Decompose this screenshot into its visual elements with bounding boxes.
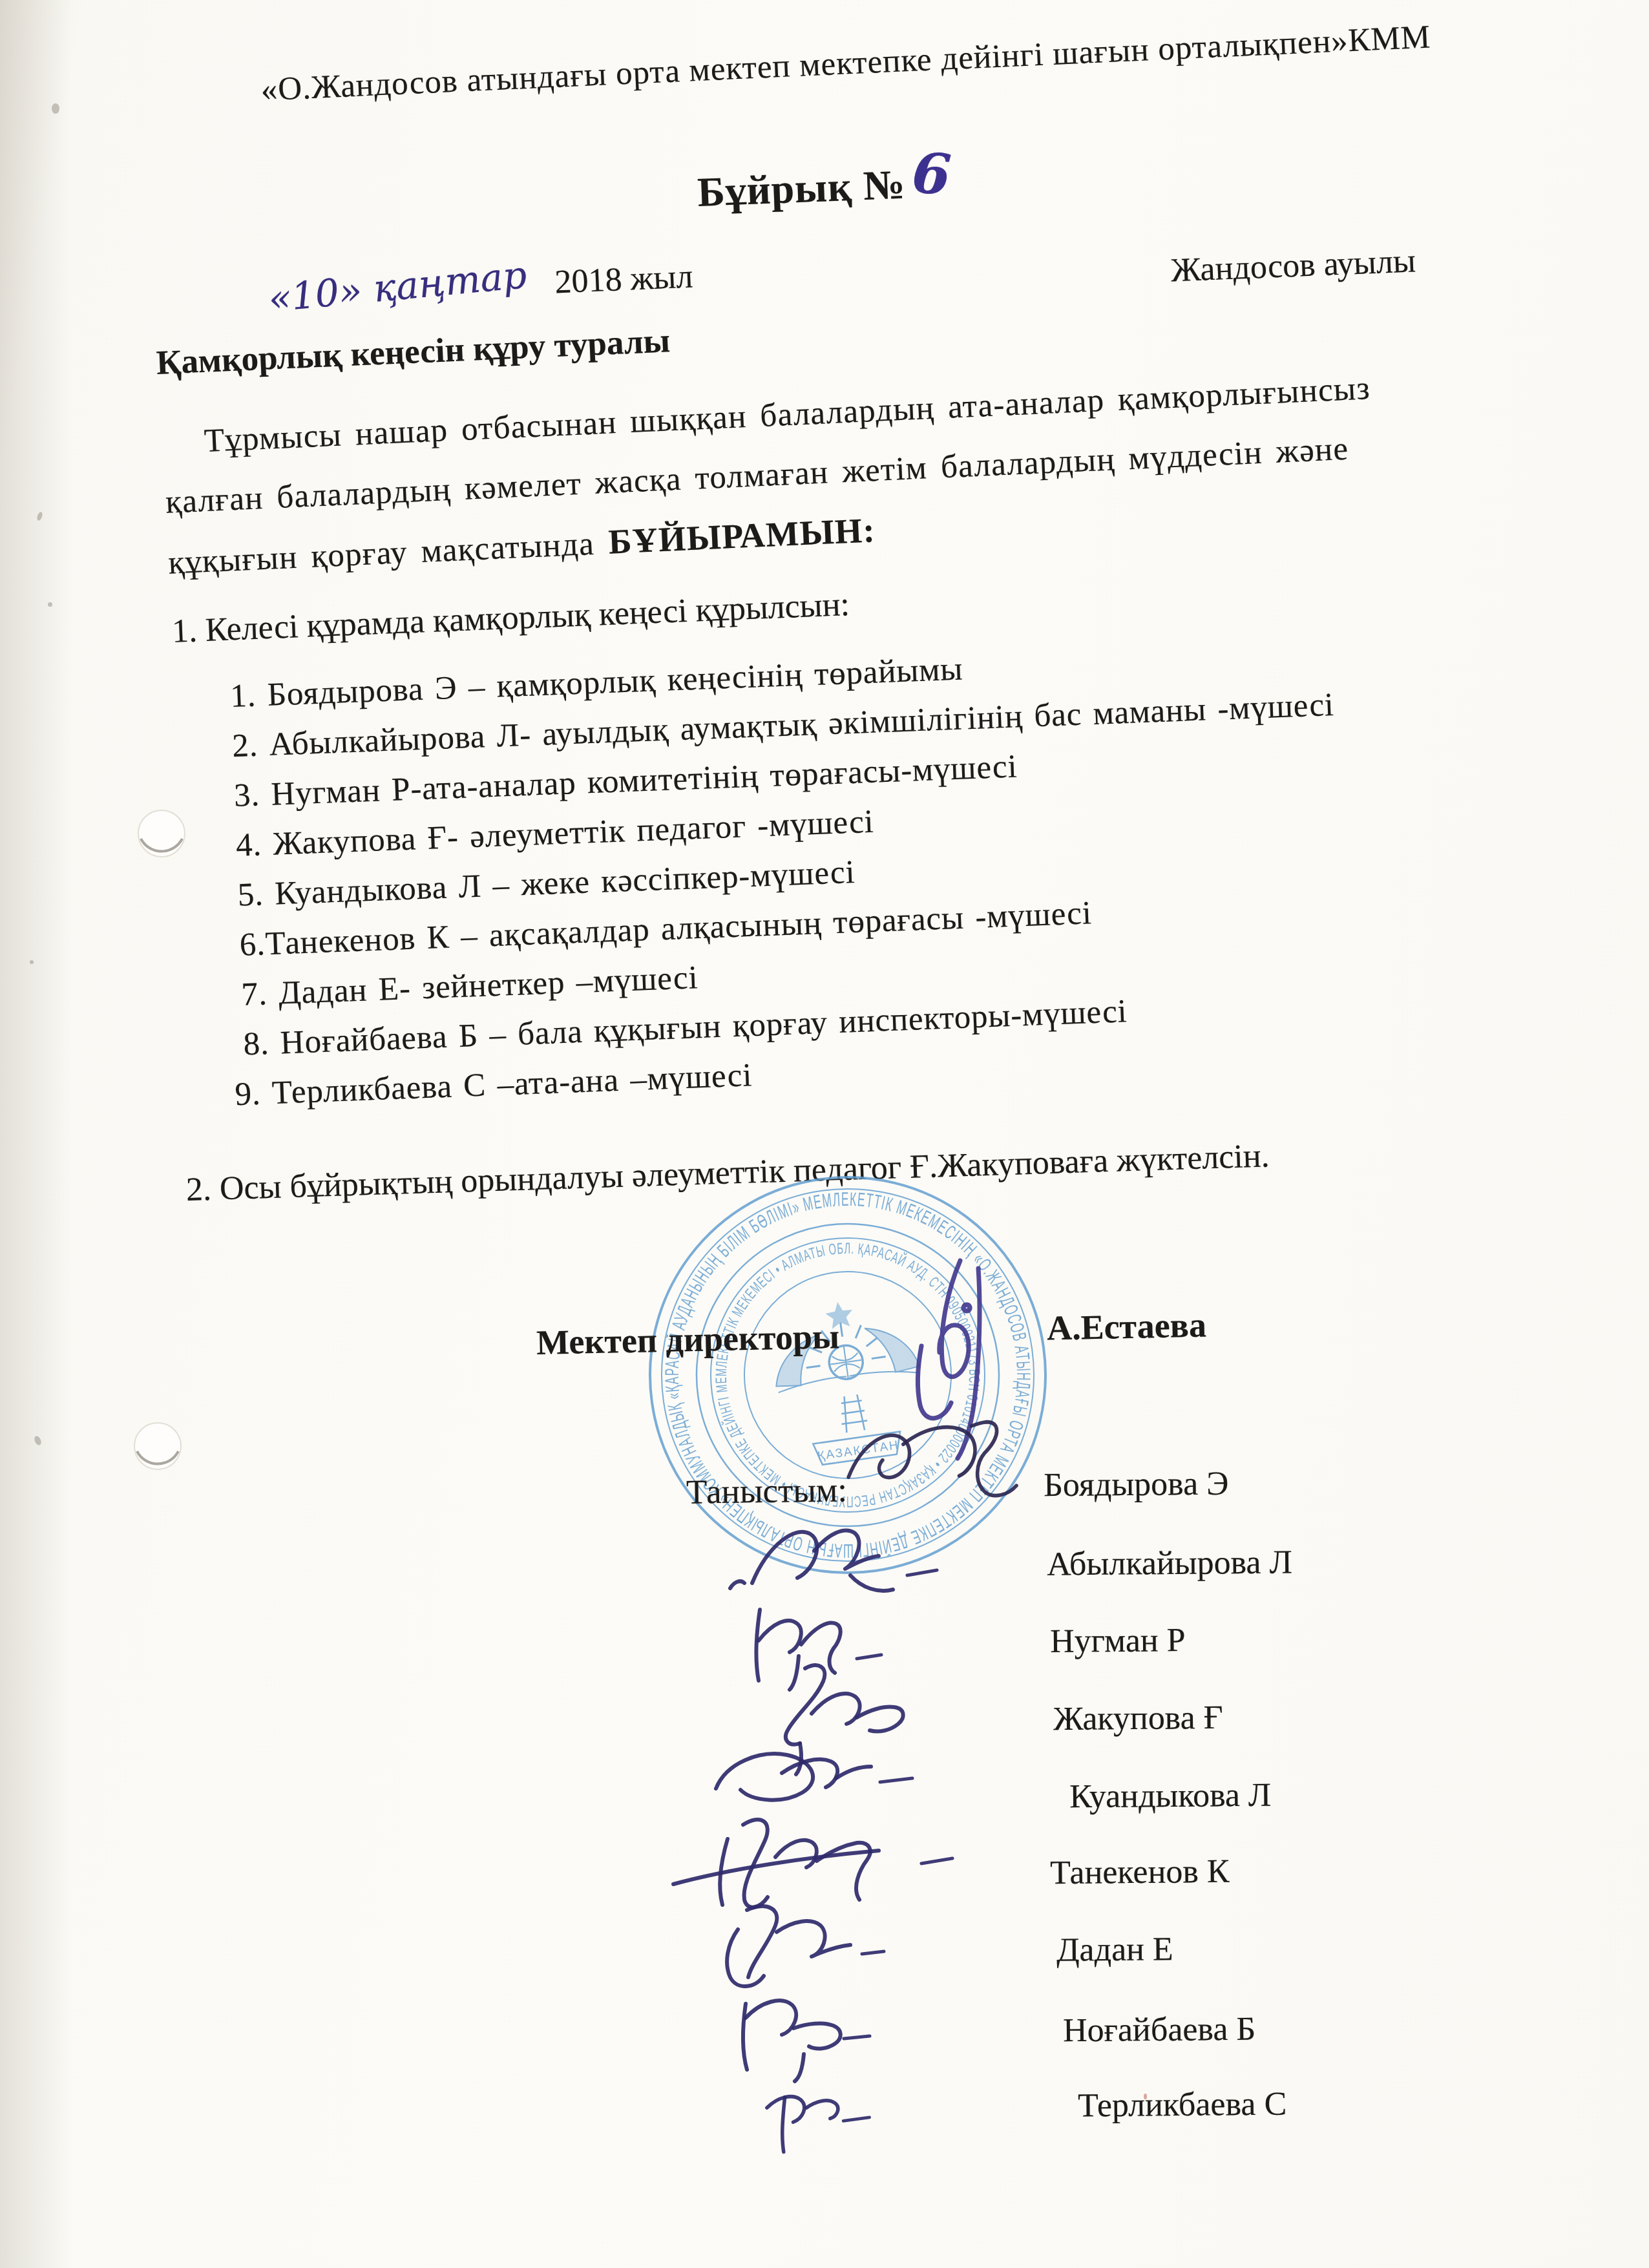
preamble-paragraph: Тұрмысы нашар отбасынан шыққан балаларды…: [162, 359, 1377, 593]
document-title: Бұйрық №6: [0, 131, 1649, 243]
organization-name: «О.Жандосов атындағы орта мектеп мектепк…: [154, 14, 1537, 114]
signatory-name: Жакупова Ғ: [1053, 1699, 1223, 1738]
hole-punch: [132, 1420, 184, 1472]
signature-boyadyrova: [840, 1402, 1047, 1512]
signature-terlikbayeva: [743, 2064, 898, 2168]
order-number-handwritten: 6: [910, 154, 952, 195]
date-line: «10» қаңтар 2018 жыл: [268, 252, 694, 313]
director-label: Мектеп директоры: [536, 1316, 839, 1363]
council-members-list: 1. Боядырова Э – қамқорлық кеңесінің төр…: [229, 631, 1348, 1120]
date-day-month-handwritten: «10» қаңтар: [267, 253, 529, 320]
preamble-line: құқығын қорғау мақсатында: [167, 526, 595, 582]
resolve-word: БҰЙЫРАМЫН:: [607, 510, 876, 562]
order-point-1: 1. Келесі құрамда қамқорлық кеңесі құрыл…: [171, 585, 850, 651]
signatory-name: Ноғайбаева Б: [1063, 2010, 1256, 2050]
place-name: Жандосов ауылы: [1170, 242, 1416, 289]
scanned-order-document: «О.Жандосов атындағы орта мектеп мектепк…: [0, 0, 1649, 2268]
signatory-name: Куандыкова Л: [1069, 1776, 1272, 1816]
hole-punch: [136, 808, 187, 859]
signatory-name: Боядырова Э: [1044, 1465, 1229, 1504]
signatory-name: Абылкайырова Л: [1047, 1543, 1292, 1583]
signatory-name: Нугман Р: [1050, 1621, 1186, 1661]
scan-edge-shadow: [0, 0, 71, 2268]
order-title-label: Бұйрық №: [697, 162, 906, 215]
scan-speck: [48, 602, 52, 607]
date-year-printed: 2018 жыл: [554, 258, 693, 300]
scan-speck: [52, 103, 59, 114]
scan-speck: [30, 960, 34, 964]
signatory-name: Терликбаева С: [1078, 2085, 1287, 2125]
order-subject: Қамқорлық кеңесін құру туралы: [156, 321, 671, 383]
signatory-name: Дадан Е: [1056, 1930, 1173, 1969]
signatory-name: Танекенов К: [1050, 1853, 1230, 1892]
director-name: А.Естаева: [1046, 1305, 1206, 1348]
